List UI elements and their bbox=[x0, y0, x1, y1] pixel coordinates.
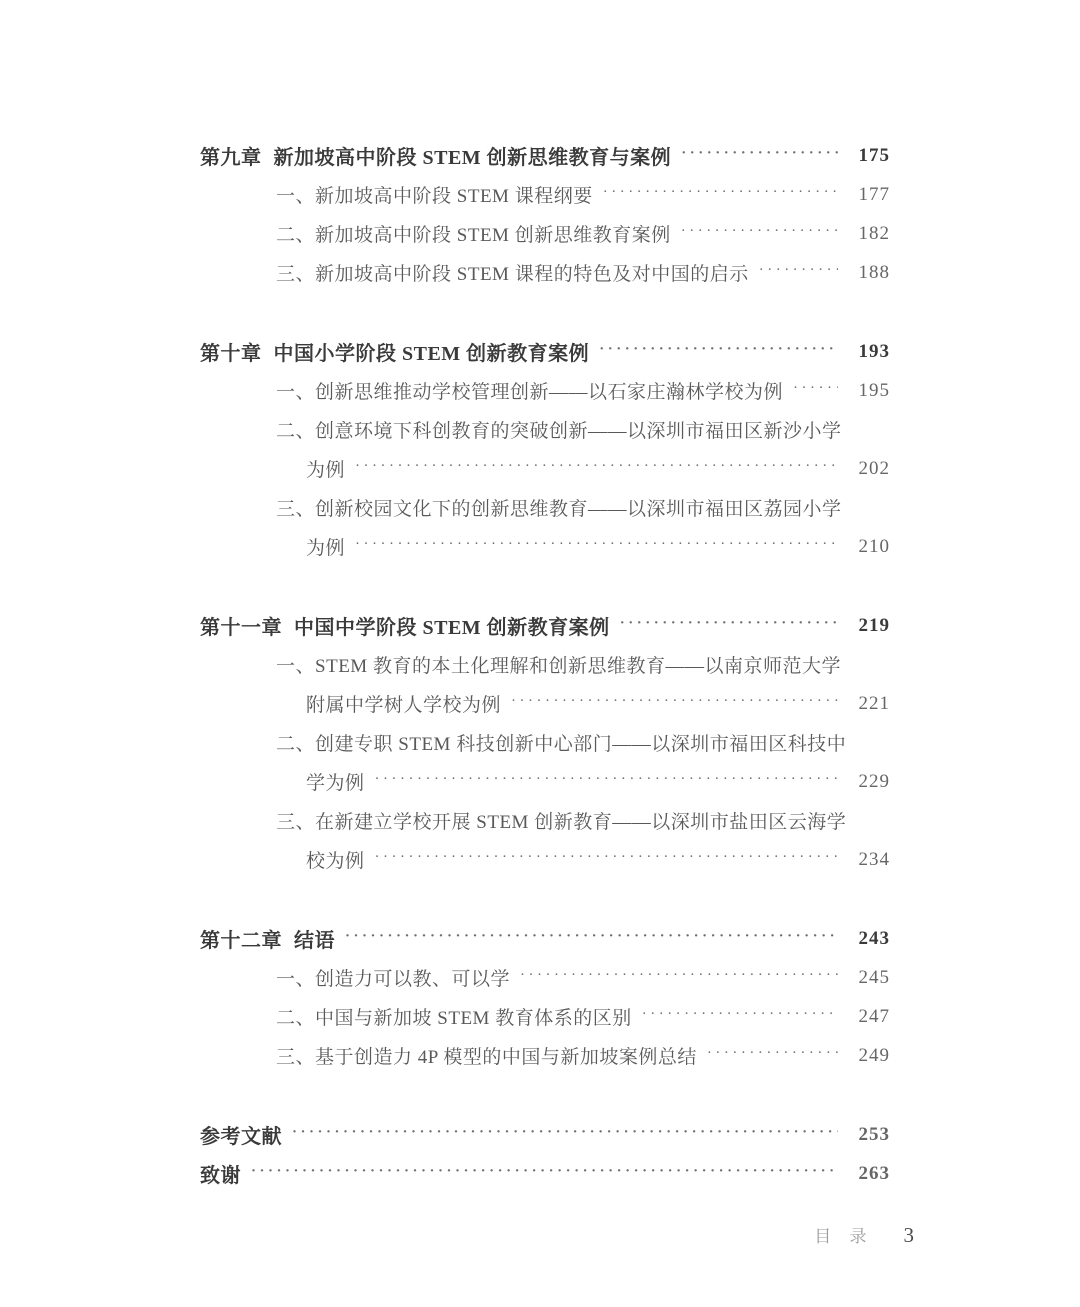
page-footer: 目 录 3 bbox=[814, 1222, 914, 1248]
item-marker: 二、 bbox=[276, 729, 315, 756]
chapter-label: 第十一章 bbox=[200, 611, 282, 640]
dot-leader: ········································… bbox=[251, 1163, 838, 1180]
item-title: STEM 教育的本土化理解和创新思维教育——以南京师范大学 bbox=[315, 651, 841, 678]
item-page-number: 221 bbox=[846, 693, 890, 715]
toc-item-continuation-row: 校为例·····································… bbox=[200, 840, 890, 879]
dot-leader: ········································… bbox=[759, 262, 838, 279]
item-page-number: 229 bbox=[846, 771, 890, 793]
back-matter-row: 致谢······································… bbox=[200, 1154, 890, 1193]
item-title-continuation: 为例 bbox=[306, 533, 345, 560]
dot-leader: ········································… bbox=[375, 771, 838, 788]
chapter-label: 第十二章 bbox=[200, 924, 282, 953]
item-marker: 三、 bbox=[276, 1042, 315, 1069]
item-page-number: 234 bbox=[846, 849, 890, 871]
item-page-number: 210 bbox=[846, 536, 890, 558]
item-page-number: 249 bbox=[846, 1045, 890, 1067]
item-title: 创意环境下科创教育的突破创新——以深圳市福田区新沙小学 bbox=[315, 416, 842, 443]
item-page-number: 188 bbox=[846, 262, 890, 284]
item-title: 创建专职 STEM 科技创新中心部门——以深圳市福田区科技中 bbox=[315, 729, 846, 756]
toc-item-row: 三、新加坡高中阶段 STEM 课程的特色及对中国的启示·············… bbox=[200, 253, 890, 292]
back-matter-page-number: 253 bbox=[846, 1124, 890, 1146]
toc-section: 第十章中国小学阶段 STEM 创新教育案例···················… bbox=[200, 332, 890, 566]
dot-leader: ········································… bbox=[681, 145, 838, 162]
item-marker: 三、 bbox=[276, 807, 315, 834]
item-page-number: 247 bbox=[846, 1006, 890, 1028]
dot-leader: ········································… bbox=[292, 1124, 838, 1141]
item-marker: 二、 bbox=[276, 1003, 315, 1030]
table-of-contents: 第九章新加坡高中阶段 STEM 创新思维教育与案例···············… bbox=[200, 136, 890, 1193]
item-marker: 一、 bbox=[276, 651, 315, 678]
toc-item-row: 三、创新校园文化下的创新思维教育——以深圳市福田区荔园小学 bbox=[200, 488, 890, 527]
dot-leader: ········································… bbox=[355, 458, 838, 475]
toc-item-row: 二、创建专职 STEM 科技创新中心部门——以深圳市福田区科技中 bbox=[200, 723, 890, 762]
item-page-number: 195 bbox=[846, 380, 890, 402]
item-title: 新加坡高中阶段 STEM 课程的特色及对中国的启示 bbox=[315, 259, 749, 286]
toc-page: 第九章新加坡高中阶段 STEM 创新思维教育与案例···············… bbox=[0, 0, 1080, 1307]
item-title: 新加坡高中阶段 STEM 创新思维教育案例 bbox=[315, 220, 671, 247]
dot-leader: ········································… bbox=[707, 1045, 838, 1062]
toc-item-row: 二、创意环境下科创教育的突破创新——以深圳市福田区新沙小学 bbox=[200, 410, 890, 449]
chapter-title: 中国中学阶段 STEM 创新教育案例 bbox=[294, 611, 610, 640]
toc-item-continuation-row: 学为例·····································… bbox=[200, 762, 890, 801]
item-title: 基于创造力 4P 模型的中国与新加坡案例总结 bbox=[315, 1042, 697, 1069]
toc-item-row: 三、在新建立学校开展 STEM 创新教育——以深圳市盐田区云海学 bbox=[200, 801, 890, 840]
item-marker: 三、 bbox=[276, 494, 315, 521]
dot-leader: ········································… bbox=[355, 536, 838, 553]
toc-item-row: 一、新加坡高中阶段 STEM 课程纲要·····················… bbox=[200, 175, 890, 214]
dot-leader: ········································… bbox=[793, 380, 838, 397]
item-title: 中国与新加坡 STEM 教育体系的区别 bbox=[315, 1003, 632, 1030]
chapter-title: 结语 bbox=[294, 924, 335, 953]
dot-leader: ········································… bbox=[599, 341, 838, 358]
item-marker: 三、 bbox=[276, 259, 315, 286]
item-title-continuation: 学为例 bbox=[306, 768, 365, 795]
toc-item-continuation-row: 为例······································… bbox=[200, 527, 890, 566]
back-matter-row: 参考文献····································… bbox=[200, 1115, 890, 1154]
chapter-label: 第十章 bbox=[200, 337, 262, 366]
item-title: 在新建立学校开展 STEM 创新教育——以深圳市盐田区云海学 bbox=[315, 807, 846, 834]
footer-section-label: 目 录 bbox=[814, 1222, 873, 1247]
item-marker: 一、 bbox=[276, 181, 315, 208]
chapter-row: 第十二章结语··································… bbox=[200, 919, 890, 958]
item-marker: 一、 bbox=[276, 964, 315, 991]
dot-leader: ········································… bbox=[681, 223, 838, 240]
back-matter-page-number: 263 bbox=[846, 1163, 890, 1185]
chapter-page-number: 219 bbox=[846, 615, 890, 637]
toc-section: 第九章新加坡高中阶段 STEM 创新思维教育与案例···············… bbox=[200, 136, 890, 292]
dot-leader: ········································… bbox=[511, 693, 838, 710]
toc-item-row: 二、新加坡高中阶段 STEM 创新思维教育案例·················… bbox=[200, 214, 890, 253]
back-matter-title: 致谢 bbox=[200, 1159, 241, 1188]
toc-item-row: 二、中国与新加坡 STEM 教育体系的区别···················… bbox=[200, 997, 890, 1036]
dot-leader: ········································… bbox=[375, 849, 838, 866]
chapter-row: 第十一章中国中学阶段 STEM 创新教育案例··················… bbox=[200, 606, 890, 645]
toc-section: 第十二章结语··································… bbox=[200, 919, 890, 1075]
item-marker: 一、 bbox=[276, 377, 315, 404]
back-matter-title: 参考文献 bbox=[200, 1120, 282, 1149]
dot-leader: ········································… bbox=[620, 615, 838, 632]
dot-leader: ········································… bbox=[603, 184, 838, 201]
item-title: 新加坡高中阶段 STEM 课程纲要 bbox=[315, 181, 593, 208]
toc-item-row: 一、创造力可以教、可以学····························… bbox=[200, 958, 890, 997]
chapter-label: 第九章 bbox=[200, 141, 262, 170]
item-title-continuation: 附属中学树人学校为例 bbox=[306, 690, 501, 717]
item-title: 创造力可以教、可以学 bbox=[315, 964, 510, 991]
item-page-number: 182 bbox=[846, 223, 890, 245]
toc-item-row: 一、STEM 教育的本土化理解和创新思维教育——以南京师范大学 bbox=[200, 645, 890, 684]
item-page-number: 245 bbox=[846, 967, 890, 989]
chapter-title: 中国小学阶段 STEM 创新教育案例 bbox=[274, 337, 590, 366]
back-matter: 参考文献····································… bbox=[200, 1115, 890, 1193]
chapter-page-number: 193 bbox=[846, 341, 890, 363]
item-page-number: 202 bbox=[846, 458, 890, 480]
toc-item-continuation-row: 附属中学树人学校为例······························… bbox=[200, 684, 890, 723]
dot-leader: ········································… bbox=[345, 928, 838, 945]
chapter-row: 第九章新加坡高中阶段 STEM 创新思维教育与案例···············… bbox=[200, 136, 890, 175]
item-page-number: 177 bbox=[846, 184, 890, 206]
chapter-title: 新加坡高中阶段 STEM 创新思维教育与案例 bbox=[274, 141, 672, 170]
toc-section: 第十一章中国中学阶段 STEM 创新教育案例··················… bbox=[200, 606, 890, 879]
toc-item-row: 三、基于创造力 4P 模型的中国与新加坡案例总结················… bbox=[200, 1036, 890, 1075]
toc-item-row: 一、创新思维推动学校管理创新——以石家庄瀚林学校为例··············… bbox=[200, 371, 890, 410]
chapter-page-number: 175 bbox=[846, 145, 890, 167]
dot-leader: ········································… bbox=[520, 967, 838, 984]
footer-page-number: 3 bbox=[904, 1223, 915, 1248]
chapter-page-number: 243 bbox=[846, 928, 890, 950]
item-title: 创新思维推动学校管理创新——以石家庄瀚林学校为例 bbox=[315, 377, 783, 404]
item-title: 创新校园文化下的创新思维教育——以深圳市福田区荔园小学 bbox=[315, 494, 842, 521]
item-marker: 二、 bbox=[276, 416, 315, 443]
dot-leader: ········································… bbox=[642, 1006, 838, 1023]
item-marker: 二、 bbox=[276, 220, 315, 247]
item-title-continuation: 校为例 bbox=[306, 846, 365, 873]
chapter-row: 第十章中国小学阶段 STEM 创新教育案例···················… bbox=[200, 332, 890, 371]
toc-item-continuation-row: 为例······································… bbox=[200, 449, 890, 488]
item-title-continuation: 为例 bbox=[306, 455, 345, 482]
